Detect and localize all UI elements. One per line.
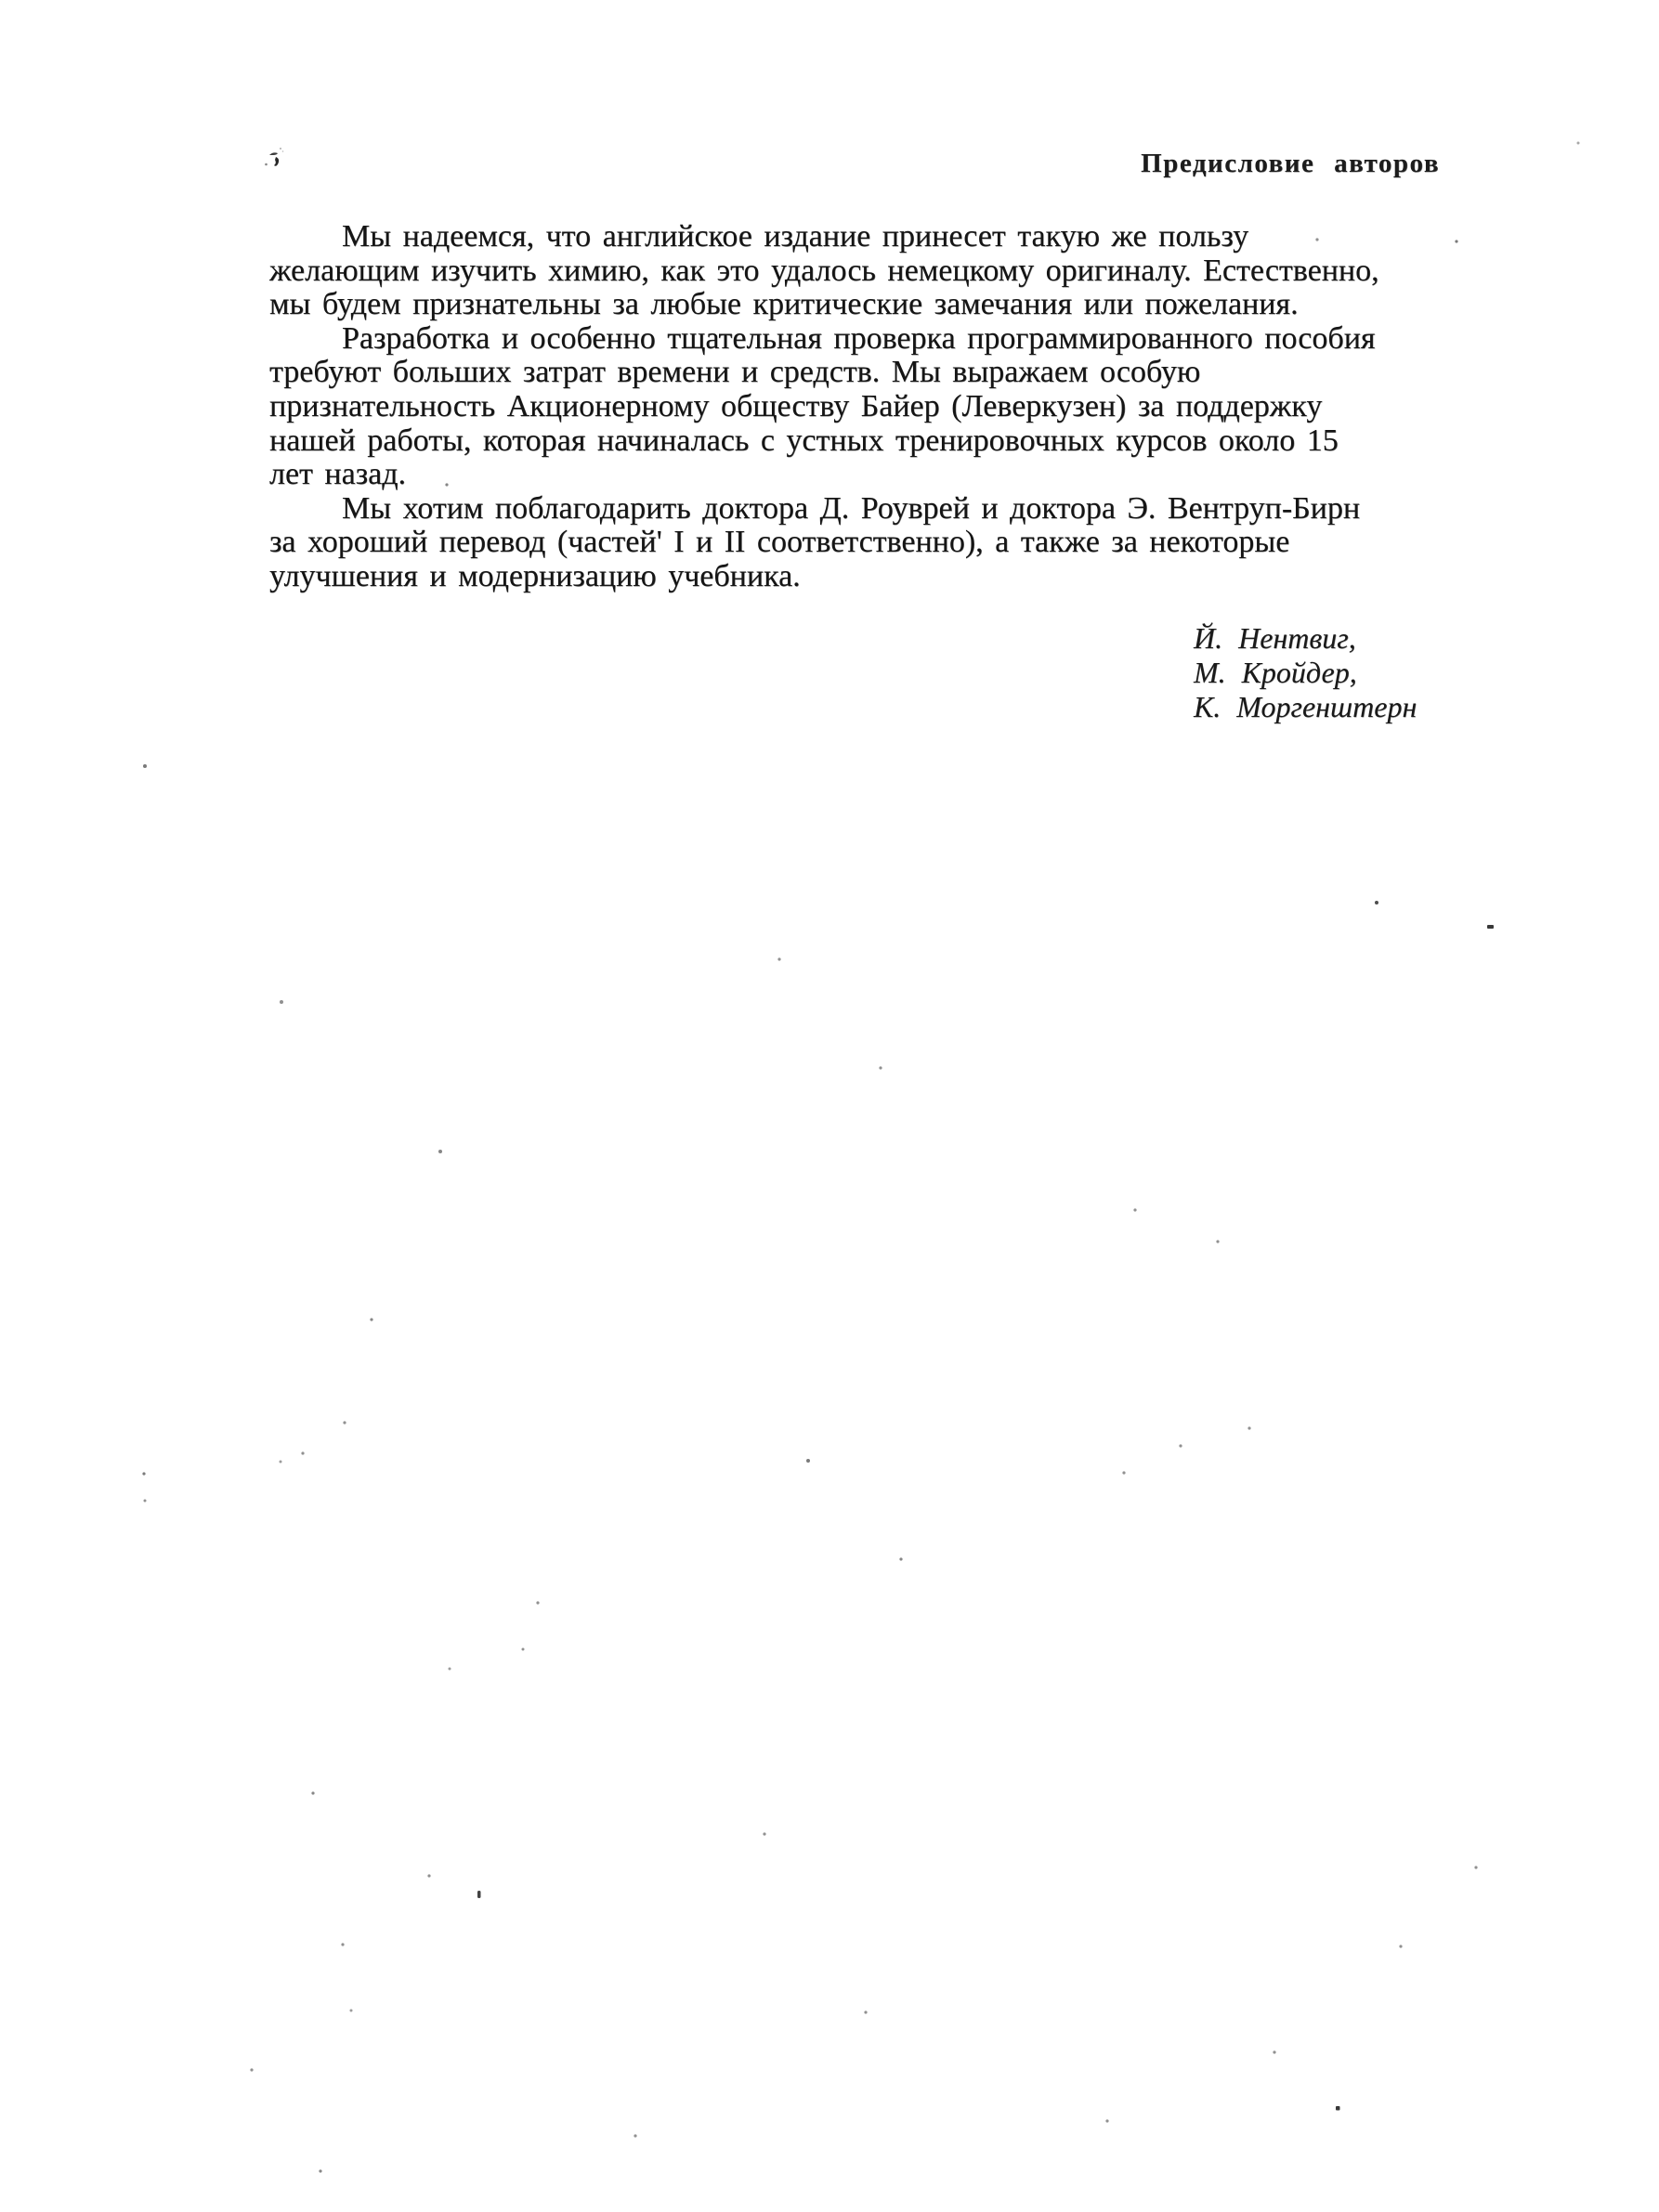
text-line: улучшения и модернизацию учебника. — [269, 560, 1379, 594]
signature-line: К. Моргенштерн — [1194, 690, 1417, 724]
text-line: желающим изучить химию, как это удалось … — [269, 254, 1379, 289]
text-line: Мы надеемся, что английское издание прин… — [269, 220, 1379, 254]
text-line: лет назад. — [269, 458, 1379, 492]
text-line: за хороший перевод (частей' I и II соотв… — [269, 526, 1379, 560]
text-line: Разработка и особенно тщательная проверк… — [269, 322, 1379, 357]
running-head: Предисловие авторов — [1141, 149, 1440, 179]
paragraph-3: Мы хотим поблагодарить доктора Д. Роувре… — [269, 492, 1379, 594]
preface-body: Мы надеемся, что английское издание прин… — [269, 220, 1379, 594]
text-line: нашей работы, которая начиналась с устны… — [269, 424, 1379, 459]
text-line: Мы хотим поблагодарить доктора Д. Роувре… — [269, 492, 1379, 527]
paragraph-1: Мы надеемся, что английское издание прин… — [269, 220, 1379, 322]
paragraph-2: Разработка и особенно тщательная проверк… — [269, 322, 1379, 492]
scanned-book-page: Предисловие авторов Мы надеемся, что анг… — [0, 0, 1659, 2212]
text-line: требуют больших затрат времени и средств… — [269, 356, 1379, 390]
author-signatures: Й. Нентвиг, М. Кройдер, К. Моргенштерн — [1194, 621, 1417, 724]
signature-line: Й. Нентвиг, — [1194, 621, 1417, 656]
text-line: признательность Акционерному обществу Ба… — [269, 390, 1379, 424]
ink-squiggle — [263, 145, 285, 173]
text-line: мы будем признательны за любые критическ… — [269, 288, 1379, 322]
signature-line: М. Кройдер, — [1194, 656, 1417, 690]
